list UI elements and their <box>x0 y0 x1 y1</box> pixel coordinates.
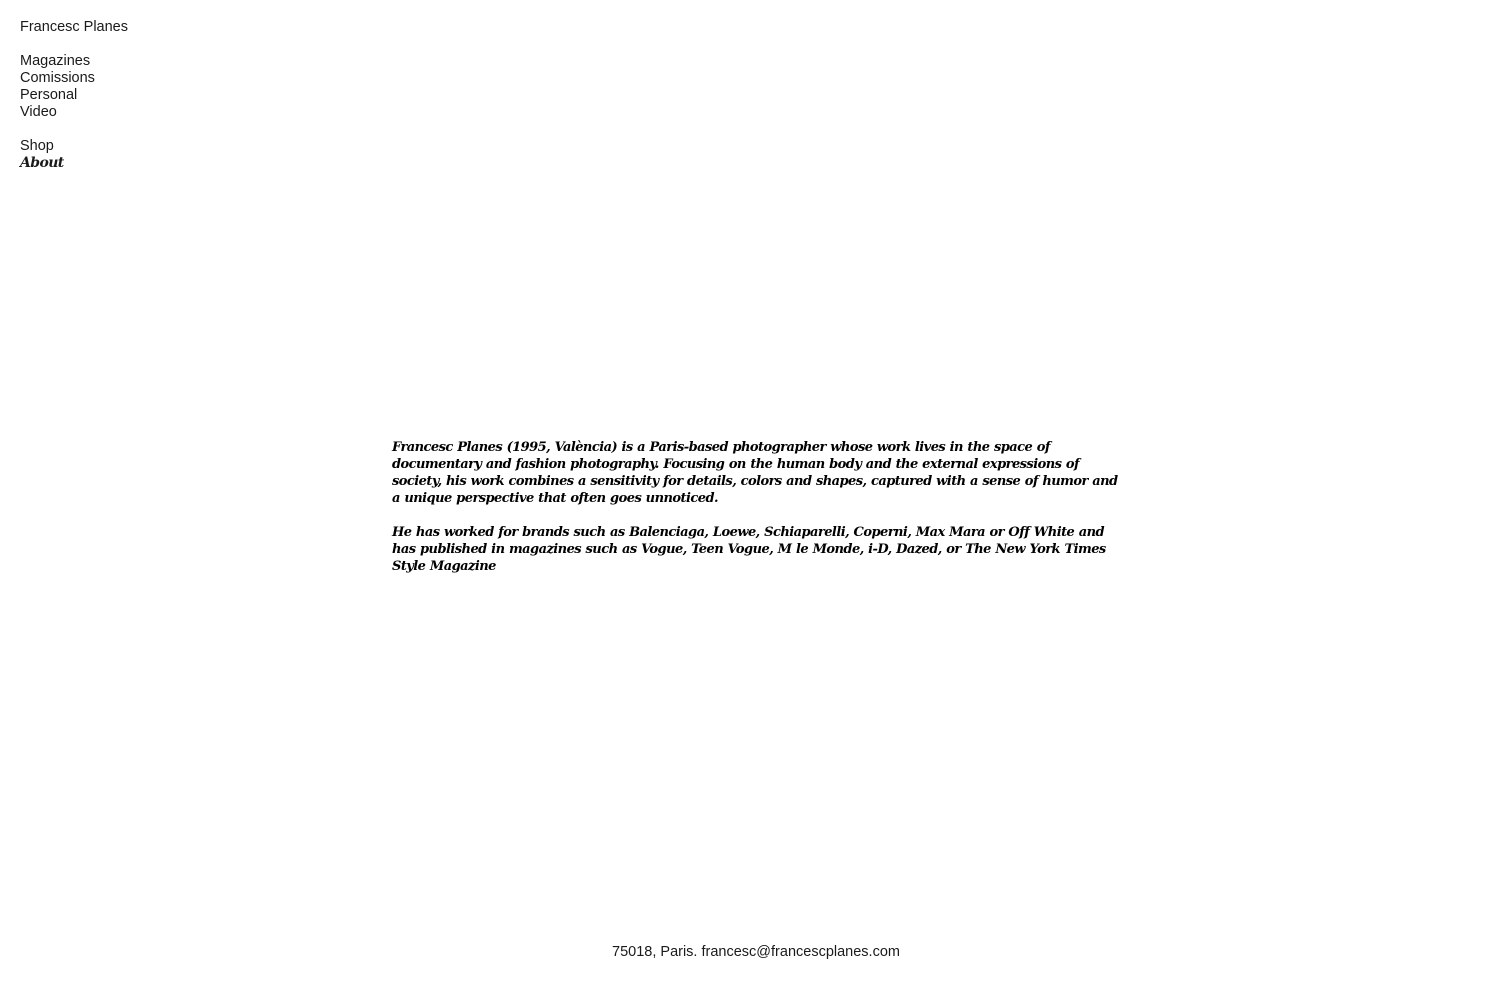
nav-item-comissions[interactable]: Comissions <box>20 70 128 87</box>
nav-item-video[interactable]: Video <box>20 104 128 121</box>
nav-item-about[interactable]: About <box>20 155 128 172</box>
bio-paragraph-clients: He has worked for brands such as Balenci… <box>392 524 1120 575</box>
nav-group-info: Shop About <box>20 138 128 172</box>
site-title-link[interactable]: Francesc Planes <box>20 19 128 36</box>
footer-location: 75018, Paris. <box>612 944 697 960</box>
about-bio: Francesc Planes (1995, València) is a Pa… <box>392 439 1120 575</box>
nav-group-work: Magazines Comissions Personal Video <box>20 53 128 121</box>
bio-paragraph-intro: Francesc Planes (1995, València) is a Pa… <box>392 439 1120 507</box>
footer-email-link[interactable]: francesc@francescplanes.com <box>702 944 900 960</box>
footer: 75018, Paris. francesc@francescplanes.co… <box>0 944 1512 960</box>
main-nav: Francesc Planes Magazines Comissions Per… <box>20 19 128 172</box>
nav-item-magazines[interactable]: Magazines <box>20 53 128 70</box>
nav-item-personal[interactable]: Personal <box>20 87 128 104</box>
nav-item-shop[interactable]: Shop <box>20 138 128 155</box>
